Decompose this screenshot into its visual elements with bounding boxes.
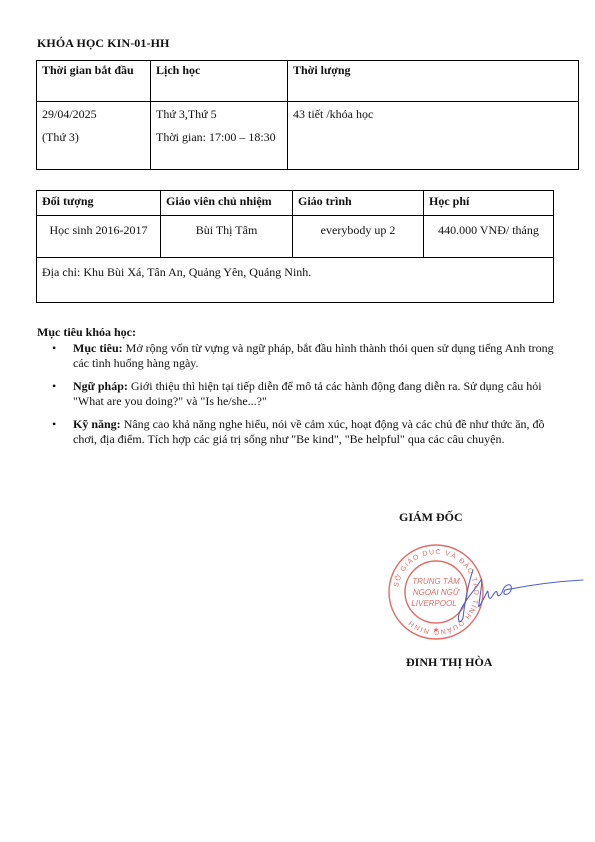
goal-item-grammar: • Ngữ pháp: Giới thiệu thì hiện tại tiếp…: [40, 379, 560, 409]
signer-name: ĐINH THỊ HÒA: [406, 655, 492, 670]
bullet-icon: •: [52, 417, 56, 432]
header-start-time: Thời gian bắt đầu: [37, 61, 151, 102]
info-table: Đối tượng Giáo viên chủ nhiệm Giáo trình…: [36, 190, 554, 303]
info-header-row: Đối tượng Giáo viên chủ nhiệm Giáo trình…: [37, 191, 554, 216]
header-duration: Thời lượng: [288, 61, 579, 102]
address-cell: Địa chỉ: Khu Bùi Xá, Tân An, Quảng Yên, …: [37, 258, 554, 303]
textbook-cell: everybody up 2: [293, 216, 424, 258]
goal-label: Mục tiêu:: [73, 341, 123, 355]
svg-text:LIVERPOOL: LIVERPOOL: [411, 599, 456, 608]
start-date: 29/04/2025: [42, 107, 145, 121]
goals-title: Mục tiêu khóa học:: [37, 325, 136, 340]
teacher-cell: Bùi Thị Tâm: [161, 216, 293, 258]
handwritten-signature-icon: [455, 560, 585, 630]
audience-cell: Học sinh 2016-2017: [37, 216, 161, 258]
svg-text:NGOẠI NGỮ: NGOẠI NGỮ: [413, 588, 461, 597]
svg-text:★: ★: [433, 626, 439, 634]
duration-cell: 43 tiết /khóa học: [288, 102, 579, 170]
start-day: (Thứ 3): [42, 130, 145, 144]
class-time: Thời gian: 17:00 – 18:30: [156, 130, 282, 144]
header-schedule: Lịch học: [151, 61, 288, 102]
signer-role: GIÁM ĐỐC: [399, 510, 463, 525]
header-fee: Học phí: [424, 191, 554, 216]
goal-text: Mở rộng vốn từ vựng và ngữ pháp, bắt đầu…: [73, 341, 554, 370]
schedule-row: 29/04/2025 (Thứ 3) Thứ 3,Thứ 5 Thời gian…: [37, 102, 579, 170]
goal-text: Nâng cao khả năng nghe hiểu, nói về cảm …: [73, 417, 545, 446]
bullet-icon: •: [52, 379, 56, 394]
course-title: KHÓA HỌC KIN-01-HH: [37, 36, 169, 51]
svg-text:TRUNG TÂM: TRUNG TÂM: [412, 577, 460, 586]
goal-label: Ngữ pháp:: [73, 379, 128, 393]
address-row: Địa chỉ: Khu Bùi Xá, Tân An, Quảng Yên, …: [37, 258, 554, 303]
header-audience: Đối tượng: [37, 191, 161, 216]
schedule-table: Thời gian bắt đầu Lịch học Thời lượng 29…: [36, 60, 579, 170]
start-time-cell: 29/04/2025 (Thứ 3): [37, 102, 151, 170]
bullet-icon: •: [52, 341, 56, 356]
class-days: Thứ 3,Thứ 5: [156, 107, 282, 121]
header-teacher: Giáo viên chủ nhiệm: [161, 191, 293, 216]
goal-item-objective: • Mục tiêu: Mở rộng vốn từ vựng và ngữ p…: [40, 341, 560, 371]
schedule-cell: Thứ 3,Thứ 5 Thời gian: 17:00 – 18:30: [151, 102, 288, 170]
goals-list: • Mục tiêu: Mở rộng vốn từ vựng và ngữ p…: [40, 341, 560, 455]
info-row: Học sinh 2016-2017 Bùi Thị Tâm everybody…: [37, 216, 554, 258]
header-textbook: Giáo trình: [293, 191, 424, 216]
goal-item-skills: • Kỹ năng: Nâng cao khả năng nghe hiểu, …: [40, 417, 560, 447]
fee-cell: 440.000 VNĐ/ tháng: [424, 216, 554, 258]
goal-label: Kỹ năng:: [73, 417, 121, 431]
goal-text: Giới thiệu thì hiện tại tiếp diễn để mô …: [73, 379, 542, 408]
schedule-header-row: Thời gian bắt đầu Lịch học Thời lượng: [37, 61, 579, 102]
